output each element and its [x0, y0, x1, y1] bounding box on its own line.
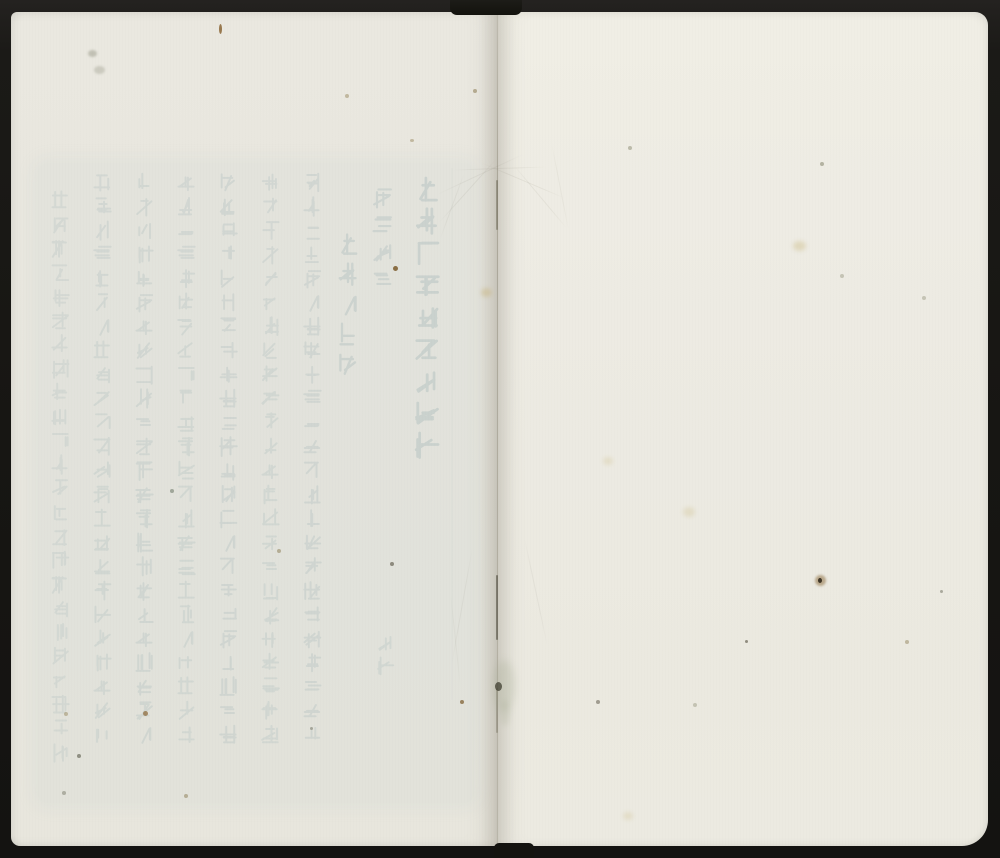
show-through-character: [218, 628, 239, 649]
show-through-character: [134, 244, 155, 265]
spine-dark-segment: [496, 575, 498, 640]
show-through-character: [92, 316, 113, 337]
show-through-character: [50, 646, 71, 667]
foxing-stain: [390, 562, 394, 566]
show-through-frame-line: [451, 168, 453, 640]
show-through-character: [176, 436, 197, 457]
show-through-character: [176, 220, 197, 241]
show-through-character: [92, 580, 113, 601]
show-through-character: [218, 652, 239, 673]
show-through-character: [218, 700, 239, 721]
show-through-character: [302, 172, 323, 193]
show-through-character: [218, 388, 239, 409]
show-through-character: [371, 186, 394, 209]
show-through-character: [260, 364, 281, 385]
foxing-stain: [628, 146, 632, 150]
show-through-character: [260, 220, 281, 241]
show-through-character: [371, 270, 394, 293]
show-through-character: [176, 628, 197, 649]
foxing-stain: [922, 296, 926, 300]
show-through-character: [302, 460, 323, 481]
show-through-column-section-heading: [371, 186, 394, 293]
show-through-character: [218, 676, 239, 697]
show-through-character: [176, 340, 197, 361]
show-through-character: [134, 484, 155, 505]
show-through-character: [134, 556, 155, 577]
show-through-character: [176, 412, 197, 433]
show-through-character: [176, 580, 197, 601]
show-through-character: [302, 484, 323, 505]
binding-notch-top: [450, 0, 522, 15]
foxing-stain: [170, 489, 174, 493]
show-through-character: [413, 399, 442, 428]
show-through-character: [134, 412, 155, 433]
show-through-character: [413, 431, 442, 460]
show-through-character: [302, 700, 323, 721]
show-through-character: [302, 628, 323, 649]
show-through-character: [50, 262, 71, 283]
show-through-column-body: [218, 172, 239, 745]
show-through-character: [218, 268, 239, 289]
show-through-character: [302, 580, 323, 601]
foxing-stain: [745, 640, 748, 643]
show-through-character: [176, 556, 197, 577]
show-through-character: [134, 364, 155, 385]
foxing-stain: [62, 791, 66, 795]
foxing-stain: [623, 812, 633, 820]
foxing-stain: [393, 266, 398, 271]
show-through-character: [302, 508, 323, 529]
show-through-character: [50, 670, 71, 691]
show-through-character: [134, 676, 155, 697]
show-through-character: [302, 196, 323, 217]
show-through-character: [302, 388, 323, 409]
show-through-character: [302, 652, 323, 673]
show-through-character: [92, 340, 113, 361]
show-through-character: [176, 676, 197, 697]
show-through-frame-line: [451, 640, 453, 700]
show-through-character: [176, 292, 197, 313]
show-through-character: [92, 652, 113, 673]
show-through-character: [218, 484, 239, 505]
show-through-character: [302, 532, 323, 553]
show-through-character: [336, 352, 361, 377]
show-through-character: [50, 358, 71, 379]
show-through-character: [134, 268, 155, 289]
foxing-stain: [840, 274, 844, 278]
show-through-character: [176, 244, 197, 265]
show-through-character: [176, 196, 197, 217]
show-through-character: [260, 676, 281, 697]
show-through-character: [218, 460, 239, 481]
show-through-character: [413, 239, 442, 268]
show-through-character: [176, 316, 197, 337]
show-through-character: [50, 286, 71, 307]
show-through-character: [50, 382, 71, 403]
show-through-character: [134, 652, 155, 673]
show-through-character: [176, 724, 197, 745]
show-through-character: [302, 604, 323, 625]
show-through-character: [134, 292, 155, 313]
foxing-stain: [410, 139, 414, 142]
foxing-stain: [277, 549, 281, 553]
show-through-character: [260, 388, 281, 409]
show-through-character: [218, 436, 239, 457]
show-through-character: [92, 700, 113, 721]
show-through-character: [260, 628, 281, 649]
show-through-character: [260, 412, 281, 433]
show-through-character: [92, 628, 113, 649]
show-through-character: [92, 292, 113, 313]
show-through-character: [134, 508, 155, 529]
show-through-character: [134, 316, 155, 337]
show-through-character: [50, 574, 71, 595]
show-through-character: [134, 604, 155, 625]
show-through-character: [260, 508, 281, 529]
show-through-character: [336, 292, 361, 317]
show-through-character: [336, 262, 361, 287]
foxing-stain: [793, 241, 806, 251]
show-through-character: [413, 207, 442, 236]
show-through-character: [176, 268, 197, 289]
show-through-character: [218, 580, 239, 601]
show-through-character: [50, 478, 71, 499]
foxing-stain: [820, 162, 824, 166]
show-through-character: [218, 556, 239, 577]
show-through-character: [302, 556, 323, 577]
show-through-character: [260, 460, 281, 481]
show-through-character: [260, 244, 281, 265]
foxing-stain: [88, 50, 97, 57]
foxing-stain: [495, 682, 502, 691]
show-through-character: [260, 316, 281, 337]
show-through-character: [50, 598, 71, 619]
show-through-character: [413, 175, 442, 204]
show-through-character: [302, 676, 323, 697]
show-through-character: [260, 172, 281, 193]
show-through-character: [92, 724, 113, 745]
show-through-character: [92, 460, 113, 481]
show-through-character: [134, 340, 155, 361]
foxing-stain: [940, 590, 943, 593]
foxing-stain: [500, 700, 510, 726]
show-through-character: [260, 292, 281, 313]
foxing-stain: [64, 712, 68, 716]
show-through-character: [50, 430, 71, 451]
show-through-character: [134, 460, 155, 481]
show-through-character: [302, 412, 323, 433]
foxing-stain: [77, 754, 81, 758]
show-through-character: [260, 268, 281, 289]
show-through-character: [302, 244, 323, 265]
show-through-character: [218, 532, 239, 553]
show-through-character: [134, 388, 155, 409]
right-page: [497, 12, 988, 846]
paper-texture: [497, 12, 988, 846]
show-through-column-subtitle: [336, 232, 361, 377]
foxing-stain: [818, 578, 822, 583]
show-through-character: [50, 190, 71, 211]
show-through-character: [260, 604, 281, 625]
show-through-character: [218, 316, 239, 337]
show-through-character: [218, 244, 239, 265]
show-through-character: [92, 556, 113, 577]
show-through-character: [92, 484, 113, 505]
show-through-character: [92, 364, 113, 385]
show-through-character: [302, 364, 323, 385]
show-through-character: [371, 214, 394, 237]
show-through-character: [50, 742, 71, 763]
show-through-character: [92, 604, 113, 625]
show-through-character: [260, 436, 281, 457]
foxing-stain: [310, 727, 313, 730]
foxing-stain: [184, 794, 188, 798]
show-through-character: [50, 238, 71, 259]
show-through-character: [134, 220, 155, 241]
show-through-character: [134, 724, 155, 745]
show-through-character: [92, 172, 113, 193]
show-through-character: [176, 484, 197, 505]
show-through-character: [336, 232, 361, 257]
show-through-character: [302, 220, 323, 241]
show-through-column-volume-title: [413, 175, 442, 460]
show-through-character: [92, 220, 113, 241]
spine-dark-segment: [496, 180, 498, 230]
foxing-stain: [345, 94, 349, 98]
show-through-character: [302, 340, 323, 361]
show-through-character: [176, 460, 197, 481]
show-through-character: [50, 550, 71, 571]
show-through-character: [302, 292, 323, 313]
show-through-character: [260, 700, 281, 721]
foxing-stain: [905, 640, 909, 644]
show-through-character: [371, 242, 394, 265]
show-through-character: [50, 334, 71, 355]
show-through-character: [50, 718, 71, 739]
show-through-character: [302, 268, 323, 289]
show-through-character: [376, 656, 396, 676]
show-through-column-body: [176, 172, 197, 745]
show-through-character: [92, 436, 113, 457]
show-through-column-body: [134, 172, 155, 745]
show-through-character: [176, 700, 197, 721]
show-through-character: [218, 196, 239, 217]
show-through-character: [134, 532, 155, 553]
show-through-character: [302, 436, 323, 457]
show-through-character: [92, 268, 113, 289]
show-through-character: [50, 214, 71, 235]
show-through-column-body: [302, 172, 323, 745]
show-through-character: [413, 335, 442, 364]
foxing-stain: [693, 703, 697, 707]
foxing-stain: [596, 700, 600, 704]
show-through-character: [50, 622, 71, 643]
show-through-character: [260, 196, 281, 217]
foxing-stain: [683, 507, 695, 517]
show-through-character: [50, 310, 71, 331]
show-through-character: [92, 676, 113, 697]
show-through-character: [92, 532, 113, 553]
show-through-character: [50, 454, 71, 475]
show-through-character: [260, 652, 281, 673]
foxing-stain: [143, 711, 148, 716]
show-through-character: [376, 633, 396, 653]
show-through-character: [260, 484, 281, 505]
show-through-character: [218, 220, 239, 241]
show-through-character: [413, 367, 442, 396]
show-through-character: [260, 724, 281, 745]
foxing-stain: [460, 700, 464, 704]
show-through-character: [176, 532, 197, 553]
show-through-character: [134, 436, 155, 457]
show-through-character: [134, 172, 155, 193]
show-through-character: [218, 364, 239, 385]
show-through-character: [218, 292, 239, 313]
foxing-stain: [481, 288, 492, 297]
show-through-character: [176, 364, 197, 385]
show-through-character: [134, 196, 155, 217]
show-through-character: [92, 244, 113, 265]
show-through-character: [413, 303, 442, 332]
foxing-stain: [94, 66, 105, 74]
show-through-character: [260, 340, 281, 361]
show-through-character: [260, 580, 281, 601]
show-through-character: [176, 652, 197, 673]
show-through-character: [218, 340, 239, 361]
show-through-character: [92, 508, 113, 529]
show-through-character: [413, 271, 442, 300]
show-through-character: [176, 172, 197, 193]
foxing-stain: [473, 89, 477, 93]
show-through-column-body: [260, 172, 281, 745]
show-through-character: [218, 412, 239, 433]
show-through-character: [92, 388, 113, 409]
foxing-stain: [603, 457, 613, 465]
show-through-column-folio-number: [376, 633, 396, 676]
show-through-character: [134, 580, 155, 601]
show-through-character: [50, 502, 71, 523]
show-through-character: [302, 316, 323, 337]
show-through-character: [218, 172, 239, 193]
show-through-character: [218, 508, 239, 529]
show-through-character: [50, 406, 71, 427]
binding-notch-bottom: [494, 843, 534, 858]
show-through-character: [176, 604, 197, 625]
show-through-character: [176, 508, 197, 529]
show-through-character: [176, 388, 197, 409]
show-through-character: [218, 724, 239, 745]
show-through-character: [134, 628, 155, 649]
show-through-character: [92, 412, 113, 433]
show-through-character: [92, 196, 113, 217]
show-through-character: [260, 556, 281, 577]
book-scan: [0, 0, 1000, 858]
show-through-character: [50, 526, 71, 547]
show-through-character: [336, 322, 361, 347]
foxing-stain: [219, 24, 222, 34]
show-through-character: [218, 604, 239, 625]
show-through-column-body: [50, 190, 71, 763]
show-through-column-body: [92, 172, 113, 745]
